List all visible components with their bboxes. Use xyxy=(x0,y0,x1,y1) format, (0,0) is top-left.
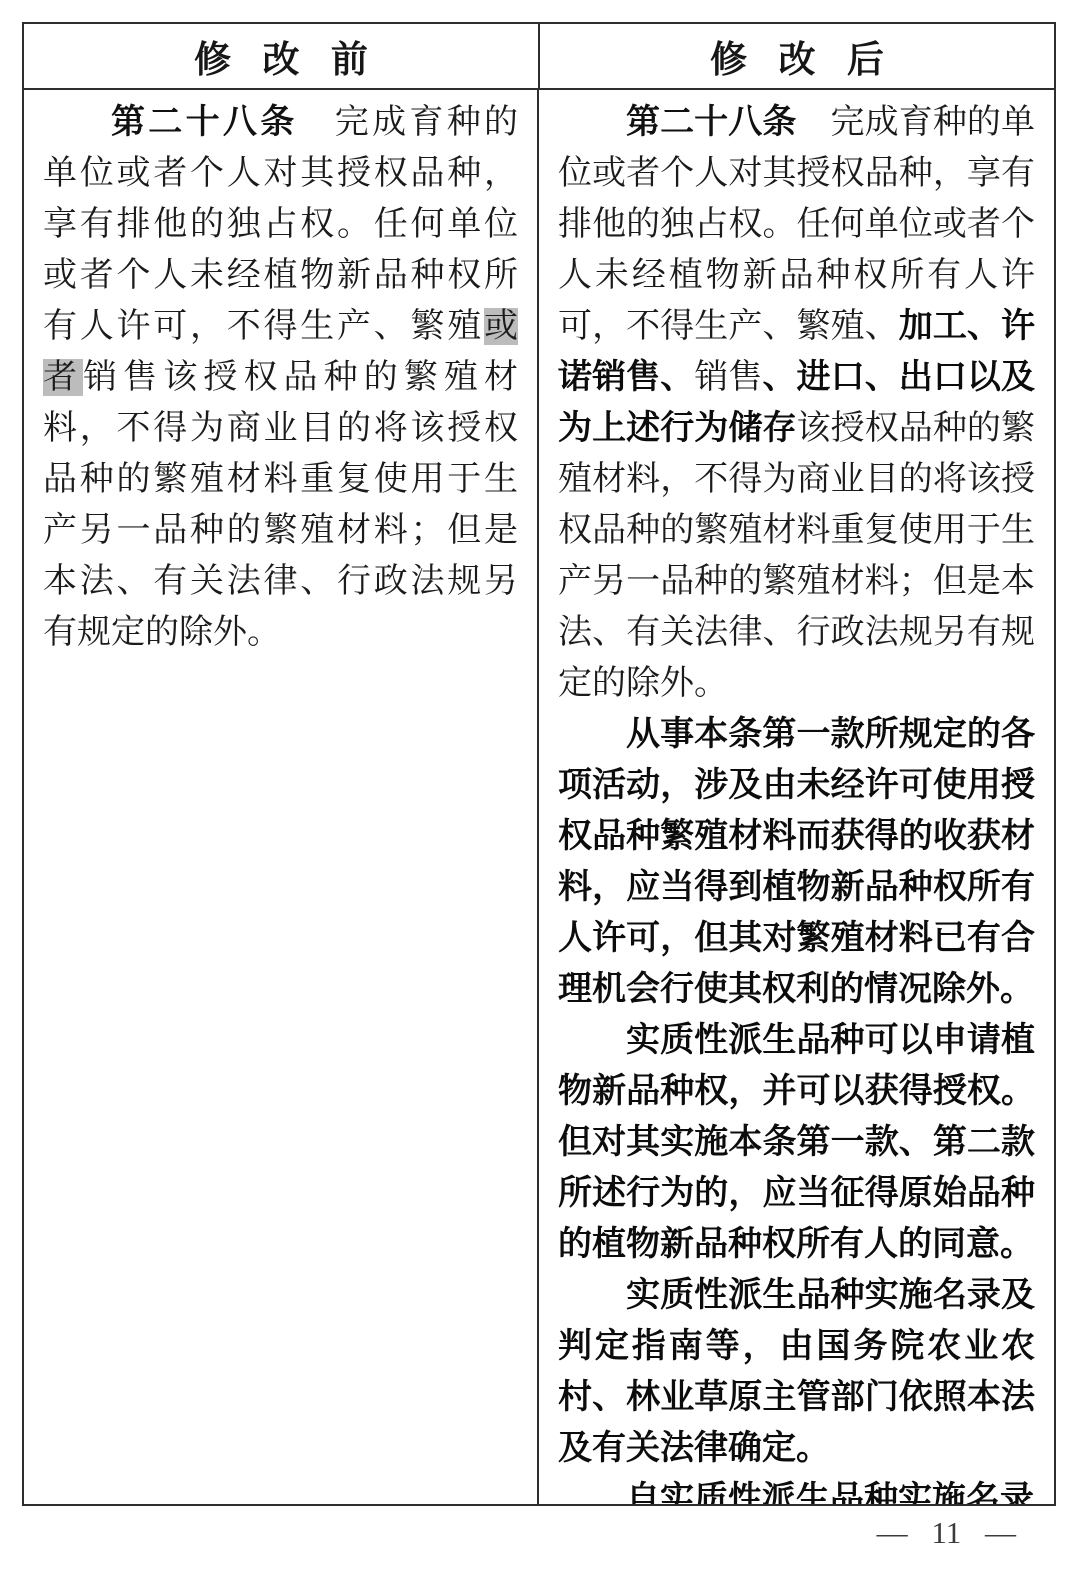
text-segment-normal: 该授权品种的繁殖材料，不得为商业目的将该授权品种的繁殖材料重复使用于生产另一品种… xyxy=(558,410,1035,702)
paragraph: 第二十八条 完成育种的单位或者个人对其授权品种，享有排他的独占权。任何单位或者个… xyxy=(558,97,1035,709)
text-segment-added: 实质性派生品种可以申请植物新品种权，并可以获得授权。但对其实施本条第一款、第二款… xyxy=(558,1021,1035,1263)
after-column: 第二十八条 完成育种的单位或者个人对其授权品种，享有排他的独占权。任何单位或者个… xyxy=(539,90,1054,1504)
header-before-label: 修改前 xyxy=(194,29,399,83)
text-segment-added: 从事本条第一款所规定的各项活动，涉及由未经许可使用授权品种繁殖材料而获得的收获材… xyxy=(558,715,1035,1008)
table-body-row: 第二十八条 完成育种的单位或者个人对其授权品种，享有排他的独占权。任何单位或者个… xyxy=(24,90,1054,1504)
text-segment-article: 第二十八条 xyxy=(626,103,796,141)
paragraph: 自实质性派生品种实施名录 xyxy=(558,1474,1035,1504)
text-segment-added: 实质性派生品种实施名录及判定指南等，由国务院农业农村、林业草原主管部门依照本法及… xyxy=(558,1276,1035,1467)
paragraph: 实质性派生品种可以申请植物新品种权，并可以获得授权。但对其实施本条第一款、第二款… xyxy=(558,1015,1035,1270)
paragraph: 实质性派生品种实施名录及判定指南等，由国务院农业农村、林业草原主管部门依照本法及… xyxy=(558,1270,1035,1474)
paragraph: 第二十八条 完成育种的单位或者个人对其授权品种，享有排他的独占权。任何单位或者个… xyxy=(43,97,518,658)
text-segment-normal: 销售该授权品种的繁殖材料，不得为商业目的将该授权品种的繁殖材料重复使用于生产另一… xyxy=(43,359,518,651)
text-segment-article: 第二十八条 xyxy=(111,103,298,141)
amendment-comparison-table: 修改前 修改后 第二十八条 完成育种的单位或者个人对其授权品种，享有排他的独占权… xyxy=(22,22,1056,1506)
header-cell-before: 修改前 xyxy=(24,24,540,88)
before-column: 第二十八条 完成育种的单位或者个人对其授权品种，享有排他的独占权。任何单位或者个… xyxy=(24,90,539,1504)
header-cell-after: 修改后 xyxy=(540,24,1054,88)
paragraph: 从事本条第一款所规定的各项活动，涉及由未经许可使用授权品种繁殖材料而获得的收获材… xyxy=(558,709,1035,1015)
header-after-label: 修改后 xyxy=(710,29,915,83)
text-segment-normal: 销售 xyxy=(694,359,762,396)
page-number: — 11 — xyxy=(877,1515,1016,1551)
table-header-row: 修改前 修改后 xyxy=(24,24,1054,90)
text-segment-added: 自实质性派生品种实施名录 xyxy=(626,1480,1034,1504)
